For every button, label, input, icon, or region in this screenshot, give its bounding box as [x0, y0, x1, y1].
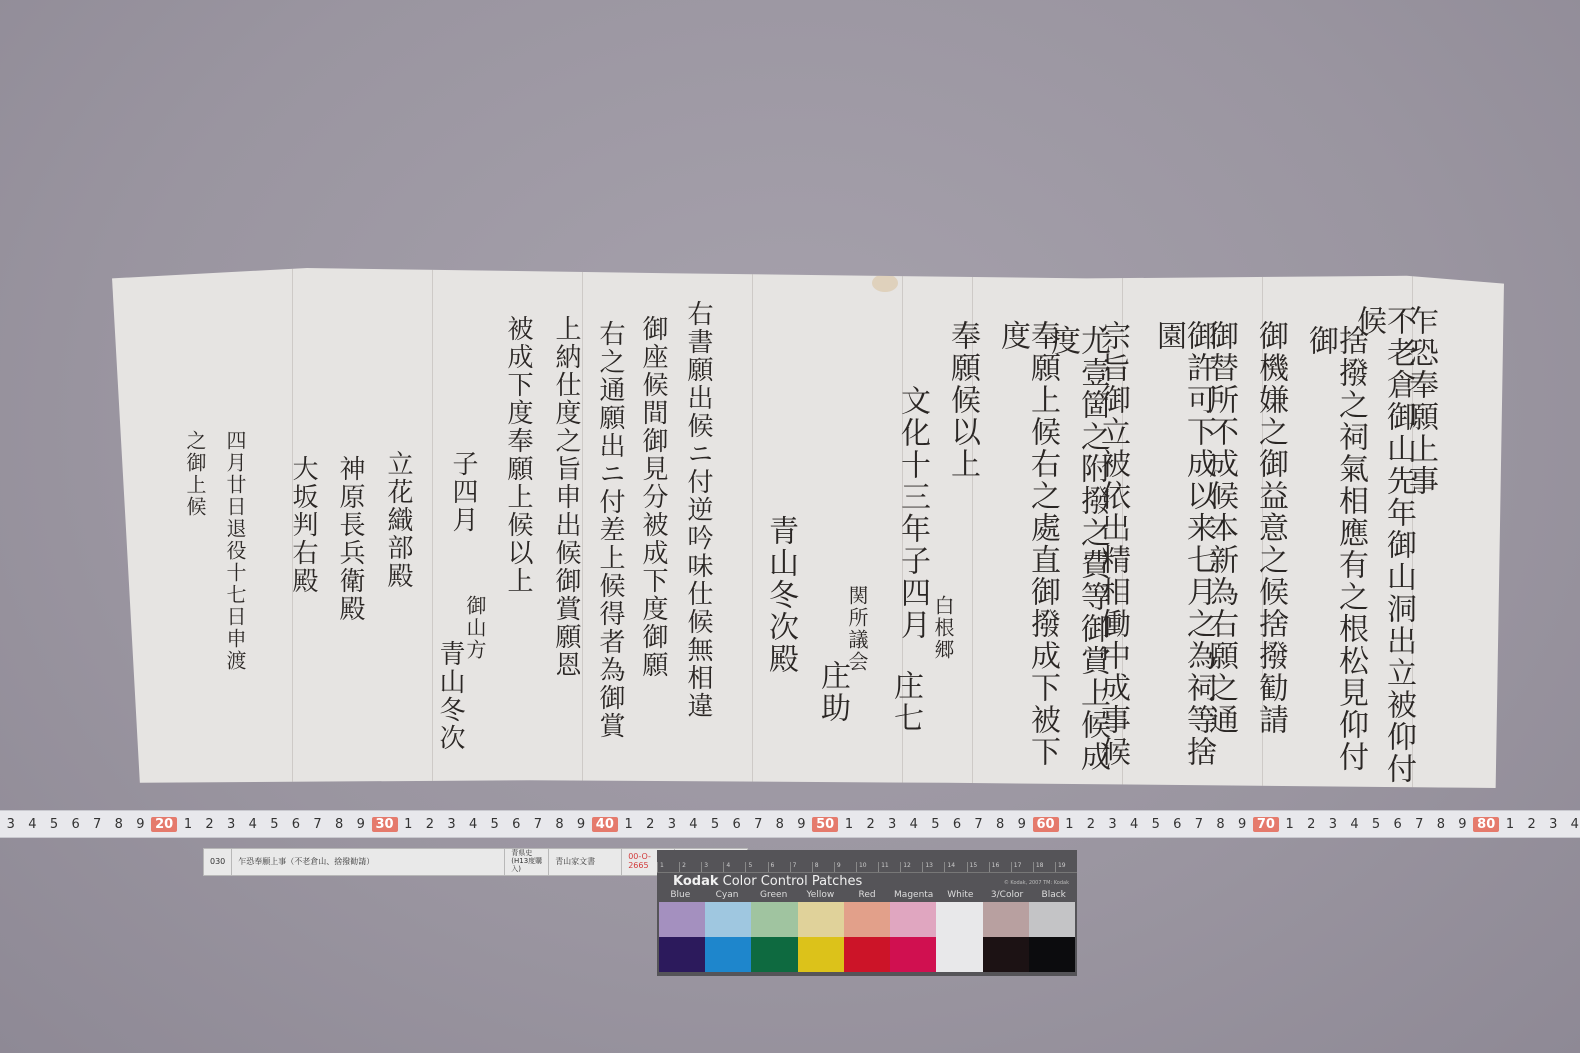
color-patch-white-light — [936, 902, 982, 937]
ruler-tick: 8 — [769, 817, 791, 832]
text-column: 御機嫌之御益意之候捨撥勧請 — [1255, 320, 1285, 736]
ruler-tick: 9 — [1011, 817, 1033, 832]
ruler-tick: 1 — [398, 817, 420, 832]
scale-tick: 16 — [989, 862, 1011, 872]
text-column: 奉願候以上 — [947, 320, 977, 480]
text-column: 庄七 — [890, 670, 920, 734]
ruler-tick: 3 — [881, 817, 903, 832]
ruler-tick: 5 — [925, 817, 947, 832]
ruler-tick: 8 — [549, 817, 571, 832]
ruler-tick: 9 — [1452, 817, 1474, 832]
ruler-tick: 6 — [726, 817, 748, 832]
ruler-tick: 3 — [0, 817, 22, 832]
scale-tick: 3 — [701, 862, 723, 872]
patch-label: Cyan — [704, 890, 751, 900]
ruler-tick: 5 — [704, 817, 726, 832]
text-column: 上納仕度之旨申出候御賞願恩 — [553, 315, 579, 679]
scale-tick: 9 — [834, 862, 856, 872]
text-column: 白根郷 — [933, 595, 953, 661]
color-patch-green-light — [751, 902, 797, 937]
ruler-tick: 8 — [989, 817, 1011, 832]
patch-label: Green — [750, 890, 797, 900]
ruler-tick: 6 — [285, 817, 307, 832]
scale-tick: 1 — [657, 862, 679, 872]
text-column: 御山方 — [465, 595, 485, 661]
ruler-tick: 6 — [505, 817, 527, 832]
text-column: 立花織部殿 — [385, 450, 411, 590]
ruler-tick: 1 — [838, 817, 860, 832]
ruler-tick: 4 — [1344, 817, 1366, 832]
ruler-tick: 7 — [1408, 817, 1430, 832]
text-column: 関所議会 — [847, 585, 867, 673]
text-column: 子四月 — [450, 450, 476, 534]
catalog-collection: 青山家文書 — [549, 849, 622, 875]
text-column: 之御上候 — [185, 430, 205, 518]
color-patch-red-light — [844, 902, 890, 937]
ruler-tick: 8 — [108, 817, 130, 832]
ruler-tick: 1 — [1279, 817, 1301, 832]
ruler-tick: 6 — [1387, 817, 1409, 832]
text-column: 御許可下成以来七月之為祠等捨園 — [1153, 320, 1213, 788]
ruler-tick: 30 — [372, 817, 398, 832]
ruler-tick: 3 — [220, 817, 242, 832]
ruler-tick: 7 — [747, 817, 769, 832]
ruler-tick: 7 — [1188, 817, 1210, 832]
ruler-tick: 8 — [1210, 817, 1232, 832]
ruler-tick: 2 — [199, 817, 221, 832]
paper-stain — [872, 274, 898, 292]
patch-label: Magenta — [890, 890, 937, 900]
ruler-tick: 9 — [350, 817, 372, 832]
scale-tick: 19 — [1055, 862, 1077, 872]
color-patch-black-light — [1029, 902, 1075, 937]
ruler-tick: 3 — [1102, 817, 1124, 832]
paper-fold — [582, 268, 583, 788]
text-column: 奉願上候右之處直御撥成下被下度 — [997, 320, 1057, 788]
ruler-tick: 3 — [1542, 817, 1564, 832]
ruler-tick: 4 — [683, 817, 705, 832]
scale-tick: 10 — [856, 862, 878, 872]
scale-tick: 15 — [967, 862, 989, 872]
scale-tick: 13 — [922, 862, 944, 872]
ruler-tick: 8 — [1430, 817, 1452, 832]
scale-tick: 6 — [768, 862, 790, 872]
text-column: 青山冬次 — [437, 640, 463, 752]
ruler-tick: 5 — [1365, 817, 1387, 832]
text-column: 四月廿日退役十七日申渡 — [225, 430, 245, 672]
ruler-tick: 5 — [484, 817, 506, 832]
color-patch-red-dark — [844, 937, 890, 972]
scale-tick: 8 — [812, 862, 834, 872]
color-patch-3-color-light — [983, 902, 1029, 937]
scale-tick: 14 — [944, 862, 966, 872]
ruler-tick: 2 — [1080, 817, 1102, 832]
ruler-tick: 4 — [1564, 817, 1580, 832]
ruler-tick: 50 — [812, 817, 838, 832]
kodak-brand: Kodak — [673, 874, 719, 889]
ruler-tick: 9 — [791, 817, 813, 832]
scale-tick: 5 — [745, 862, 767, 872]
ruler-tick: 5 — [43, 817, 65, 832]
text-column: 御座候間御見分被成下度御願 — [640, 315, 666, 679]
text-column: 神原長兵衛殿 — [337, 455, 363, 623]
kodak-color-target: 12345678910111213141516171819 Kodak Colo… — [657, 850, 1077, 976]
ruler-tick: 8 — [328, 817, 350, 832]
patch-label: 3/Color — [984, 890, 1031, 900]
text-column: 被成下度奉願上候以上 — [505, 315, 531, 595]
ruler-tick: 5 — [264, 817, 286, 832]
text-column: 右書願出候ニ付逆吟味仕候無相違 — [685, 300, 711, 720]
kodak-title: Kodak Color Control Patches — [673, 874, 862, 889]
ruler-tick: 9 — [570, 817, 592, 832]
scale-tick: 17 — [1011, 862, 1033, 872]
kodak-copyright: © Kodak, 2007 TM: Kodak — [1004, 880, 1069, 886]
text-column: 捨撥之祠氣相應有之根松見仰付御 — [1305, 325, 1365, 788]
ruler-tick: 80 — [1473, 817, 1499, 832]
ruler-tick: 7 — [968, 817, 990, 832]
patch-grid — [659, 902, 1075, 972]
scale-tick: 7 — [790, 862, 812, 872]
ruler-tick: 3 — [1322, 817, 1344, 832]
ruler-tick: 4 — [462, 817, 484, 832]
manuscript-document: 乍恐奉願上事不老倉御山先年御山洞出立被仰付候捨撥之祠氣相應有之根松見仰付御御機嫌… — [112, 268, 1504, 788]
color-patch-cyan-light — [705, 902, 751, 937]
color-patch-blue-dark — [659, 937, 705, 972]
color-patch-magenta-light — [890, 902, 936, 937]
catalog-number: 030 — [204, 849, 232, 875]
color-patch-yellow-dark — [798, 937, 844, 972]
scale-tick: 4 — [723, 862, 745, 872]
ruler-tick: 7 — [307, 817, 329, 832]
color-patch-green-dark — [751, 937, 797, 972]
ruler-tick: 7 — [527, 817, 549, 832]
ruler-tick: 2 — [1300, 817, 1322, 832]
ruler-tick: 1 — [618, 817, 640, 832]
ruler-tick: 20 — [151, 817, 177, 832]
ruler-tick: 4 — [903, 817, 925, 832]
color-patch-3-color-dark — [983, 937, 1029, 972]
ruler-tick: 4 — [22, 817, 44, 832]
color-patch-black-dark — [1029, 937, 1075, 972]
patch-label: Yellow — [797, 890, 844, 900]
patch-label: Red — [844, 890, 891, 900]
ruler-tick: 2 — [639, 817, 661, 832]
paper-fold — [432, 268, 433, 788]
ruler-tick: 2 — [419, 817, 441, 832]
catalog-source: 青県史 (H13度購 入) — [505, 849, 549, 875]
ruler-tick: 5 — [1145, 817, 1167, 832]
ruler-tick: 1 — [177, 817, 199, 832]
patch-label: Blue — [657, 890, 704, 900]
ruler-tick: 6 — [1167, 817, 1189, 832]
kodak-subtitle: Color Control Patches — [723, 874, 863, 889]
text-column: 庄助 — [817, 660, 847, 724]
ruler-tick: 9 — [130, 817, 152, 832]
ruler-tick: 3 — [441, 817, 463, 832]
patch-names: BlueCyanGreenYellowRedMagentaWhite3/Colo… — [657, 890, 1077, 900]
scale-tick: 11 — [878, 862, 900, 872]
ruler-tick: 70 — [1253, 817, 1279, 832]
ruler-tick: 3 — [661, 817, 683, 832]
ruler-tick: 6 — [65, 817, 87, 832]
text-column: 文化十三年子四月 — [897, 385, 927, 641]
text-column: 右之通願出ニ付差上候得者為御賞 — [597, 320, 623, 740]
color-patch-magenta-dark — [890, 937, 936, 972]
ruler-tick: 1 — [1059, 817, 1081, 832]
text-column: 大坂判右殿 — [290, 455, 316, 595]
ruler-tick: 6 — [946, 817, 968, 832]
scale-tick: 2 — [679, 862, 701, 872]
ruler-tick: 60 — [1033, 817, 1059, 832]
scale-tick: 18 — [1033, 862, 1055, 872]
patch-label: Black — [1030, 890, 1077, 900]
color-patch-white-dark — [936, 937, 982, 972]
text-column: 青山冬次殿 — [765, 515, 795, 675]
ruler-tick: 4 — [1123, 817, 1145, 832]
color-patch-blue-light — [659, 902, 705, 937]
kodak-scale: 12345678910111213141516171819 — [657, 850, 1077, 873]
scale-tick: 12 — [900, 862, 922, 872]
ruler-tick: 2 — [860, 817, 882, 832]
ruler-tick: 1 — [1499, 817, 1521, 832]
ruler-tick: 2 — [1521, 817, 1543, 832]
paper-fold — [752, 268, 753, 788]
ruler-tick: 7 — [86, 817, 108, 832]
measuring-ruler: 3456789201234567893012345678940123456789… — [0, 810, 1580, 838]
ruler-tick: 9 — [1231, 817, 1253, 832]
color-patch-yellow-light — [798, 902, 844, 937]
patch-label: White — [937, 890, 984, 900]
catalog-title: 乍恐奉願上事（不老倉山、捨撥勧請） — [232, 849, 505, 875]
color-patch-cyan-dark — [705, 937, 751, 972]
ruler-tick: 4 — [242, 817, 264, 832]
ruler-tick: 40 — [592, 817, 618, 832]
